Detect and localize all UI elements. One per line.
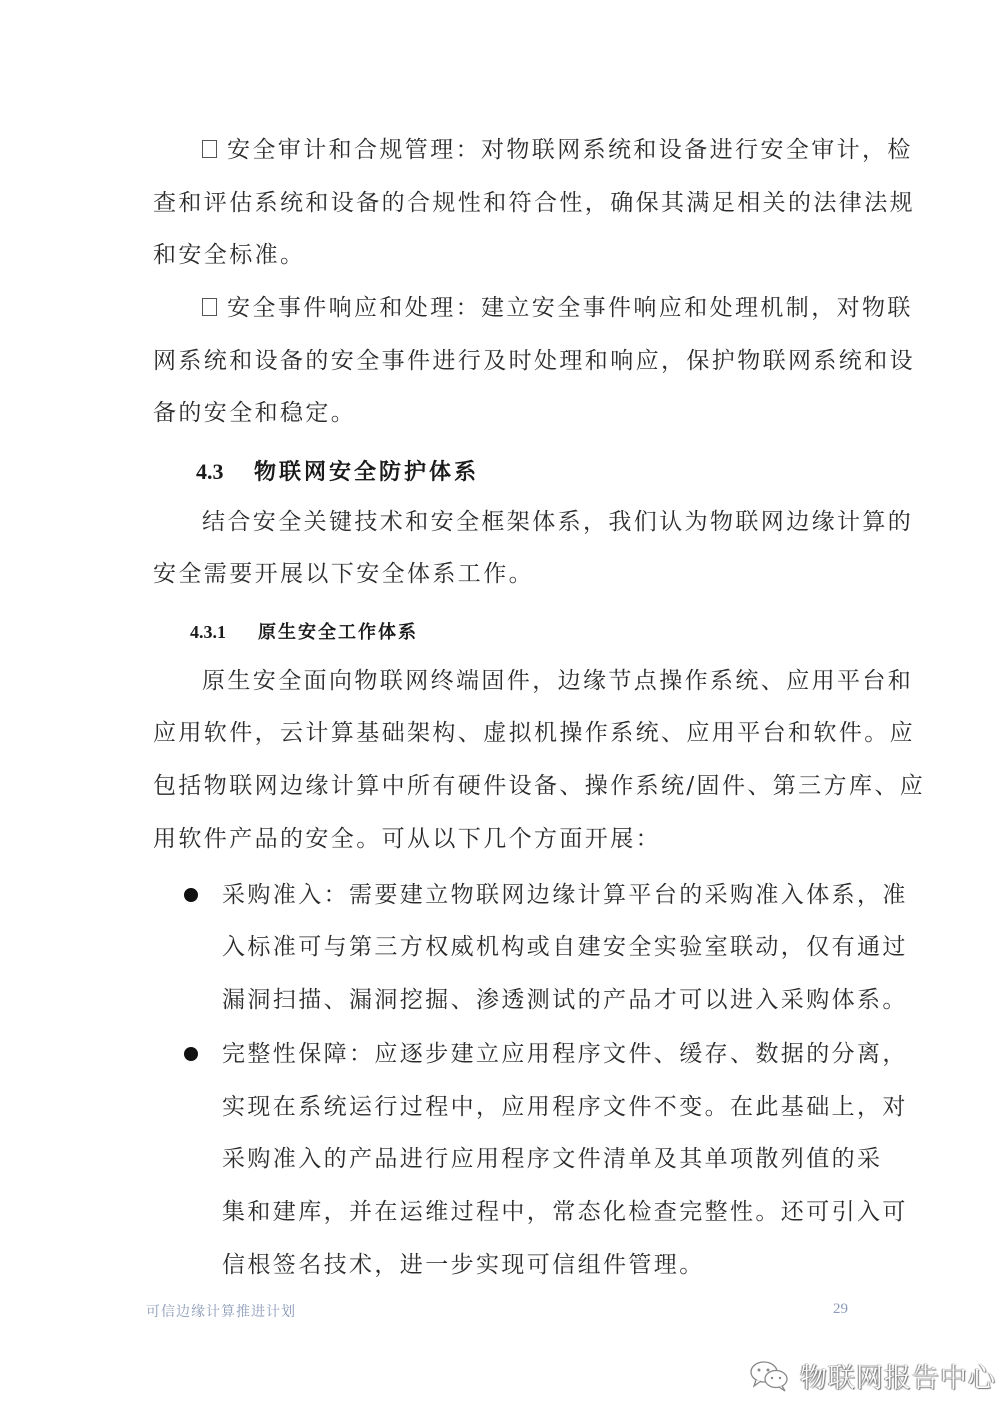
checkbox-glyph-icon [202, 140, 217, 158]
section-number: 4.3 [196, 459, 254, 485]
footer-page-number: 29 [833, 1301, 848, 1318]
paragraph-incident-line-3: 备的安全和稳定。 [153, 398, 356, 428]
paragraph-audit-line-2: 查和评估系统和设备的合规性和符合性，确保其满足相关的法律法规 [153, 188, 915, 218]
bullet-2-line-4: 集和建库，并在运维过程中，常态化检查完整性。还可引入可 [222, 1197, 908, 1227]
bullet-icon [184, 1047, 198, 1061]
subsection-title: 原生安全工作体系 [258, 622, 418, 643]
section-4-3-1-body-line-1: 原生安全面向物联网终端固件，边缘节点操作系统、应用平台和 [202, 666, 913, 696]
section-title: 物联网安全防护体系 [254, 459, 479, 485]
paragraph-incident-line-2: 网系统和设备的安全事件进行及时处理和响应，保护物联网系统和设 [153, 346, 915, 376]
paragraph-audit-line-3: 和安全标准。 [153, 240, 305, 270]
section-heading-4-3: 4.3物联网安全防护体系 [196, 455, 479, 486]
paragraph-incident-line-1: 安全事件响应和处理：建立安全事件响应和处理机制，对物联 [202, 293, 913, 323]
bullet-icon [184, 888, 198, 902]
bullet-2-line-5: 信根签名技术，进一步实现可信组件管理。 [222, 1250, 705, 1280]
bullet-2-line-2: 实现在系统运行过程中，应用程序文件不变。在此基础上，对 [222, 1092, 908, 1122]
bullet-1-line-2: 入标准可与第三方权威机构或自建安全实验室联动，仅有通过 [222, 932, 908, 962]
paragraph-audit-line-1: 安全审计和合规管理：对物联网系统和设备进行安全审计，检 [202, 135, 913, 165]
section-4-3-1-body-line-2: 应用软件，云计算基础架构、虚拟机操作系统、应用平台和软件。应 [153, 718, 915, 748]
bullet-2-line-3: 采购准入的产品进行应用程序文件清单及其单项散列值的采 [222, 1144, 882, 1174]
footer-document-title: 可信边缘计算推进计划 [146, 1301, 296, 1321]
watermark: 物联网报告中心 [748, 1356, 996, 1395]
checkbox-glyph-icon [202, 298, 217, 316]
section-4-3-intro-line-2: 安全需要开展以下安全体系工作。 [153, 559, 534, 589]
section-4-3-intro-line-1: 结合安全关键技术和安全框架体系，我们认为物联网边缘计算的 [202, 507, 913, 537]
watermark-text: 物联网报告中心 [800, 1356, 996, 1395]
subsection-number: 4.3.1 [190, 622, 258, 643]
document-page: 安全审计和合规管理：对物联网系统和设备进行安全审计，检 查和评估系统和设备的合规… [0, 0, 1000, 1415]
bullet-1-line-1: 采购准入：需要建立物联网边缘计算平台的采购准入体系，准 [222, 880, 908, 910]
section-4-3-1-body-line-4: 用软件产品的安全。可从以下几个方面开展： [153, 824, 661, 854]
section-4-3-1-body-line-3: 包括物联网边缘计算中所有硬件设备、操作系统/固件、第三方库、应 [153, 771, 925, 801]
section-heading-4-3-1: 4.3.1原生安全工作体系 [190, 618, 418, 644]
bullet-1-line-3: 漏洞扫描、漏洞挖掘、渗透测试的产品才可以进入采购体系。 [222, 985, 908, 1015]
bullet-2-line-1: 完整性保障：应逐步建立应用程序文件、缓存、数据的分离， [222, 1039, 908, 1069]
wechat-icon [748, 1359, 792, 1393]
